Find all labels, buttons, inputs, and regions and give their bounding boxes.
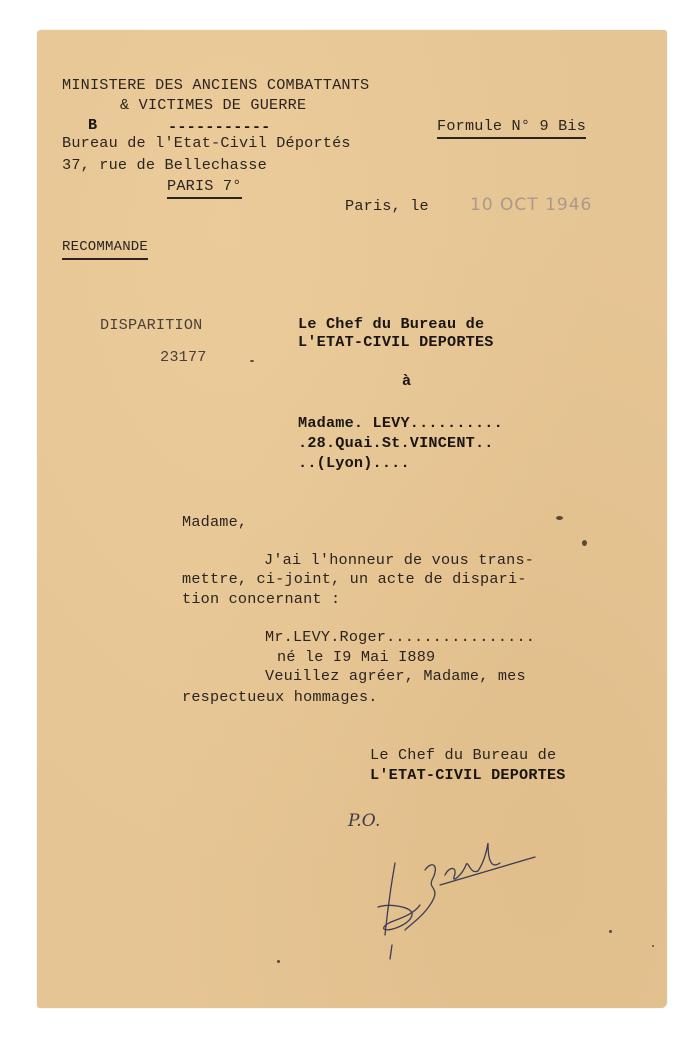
ink-speck <box>556 516 563 520</box>
date-stamp: 10 OCT 1946 <box>470 196 592 215</box>
reference-number: 23177 <box>160 348 207 367</box>
date-prefix: Paris, le <box>345 197 429 216</box>
sender-line-2: L'ETAT-CIVIL DEPORTES <box>298 333 494 352</box>
signature-title-1: Le Chef du Bureau de <box>370 746 556 765</box>
per-order-mark: P.O. <box>348 812 381 831</box>
ink-speck <box>250 360 254 362</box>
ministry-line-2: & VICTIMES DE GUERRE <box>120 96 306 115</box>
handwritten-signature <box>370 835 550 960</box>
closing-line-1: Veuillez agréer, Madame, mes <box>265 667 526 686</box>
sender-to: à <box>402 372 411 391</box>
ink-speck <box>277 960 280 963</box>
paragraph-line-2: mettre, ci-joint, un acte de dispari- <box>182 570 527 589</box>
ministry-line-1: MINISTERE DES ANCIENS COMBATTANTS <box>62 76 369 95</box>
sender-line-1: Le Chef du Bureau de <box>298 315 484 334</box>
signature-title-2: L'ETAT-CIVIL DEPORTES <box>370 766 566 785</box>
bureau-city: PARIS 7° <box>167 177 242 199</box>
document-page <box>37 30 667 1008</box>
bureau-name: Bureau de l'Etat-Civil Déportés <box>62 134 351 153</box>
bureau-address: 37, rue de Bellechasse <box>62 156 267 175</box>
subject-name: Mr.LEVY.Roger................ <box>265 628 535 647</box>
form-reference: Formule N° 9 Bis <box>437 117 586 139</box>
recipient-line-2: .28.Quai.St.VINCENT.. <box>298 434 494 453</box>
ink-speck <box>609 930 612 933</box>
recipient-line-3: ..(Lyon).... <box>298 454 410 473</box>
reference-label: DISPARITION <box>100 316 202 335</box>
paragraph-line-3: tion concernant : <box>182 590 340 609</box>
closing-line-2: respectueux hommages. <box>182 688 378 707</box>
subject-birth: né le I9 Mai I889 <box>277 648 435 667</box>
ink-speck <box>582 540 587 546</box>
paragraph-line-1: J'ai l'honneur de vous trans- <box>264 551 534 570</box>
registered-label: RECOMMANDE <box>62 238 148 260</box>
mark-letter: B <box>88 116 97 135</box>
ink-speck <box>652 945 654 947</box>
recipient-line-1: Madame. LEVY.......... <box>298 414 503 433</box>
salutation: Madame, <box>182 513 247 532</box>
